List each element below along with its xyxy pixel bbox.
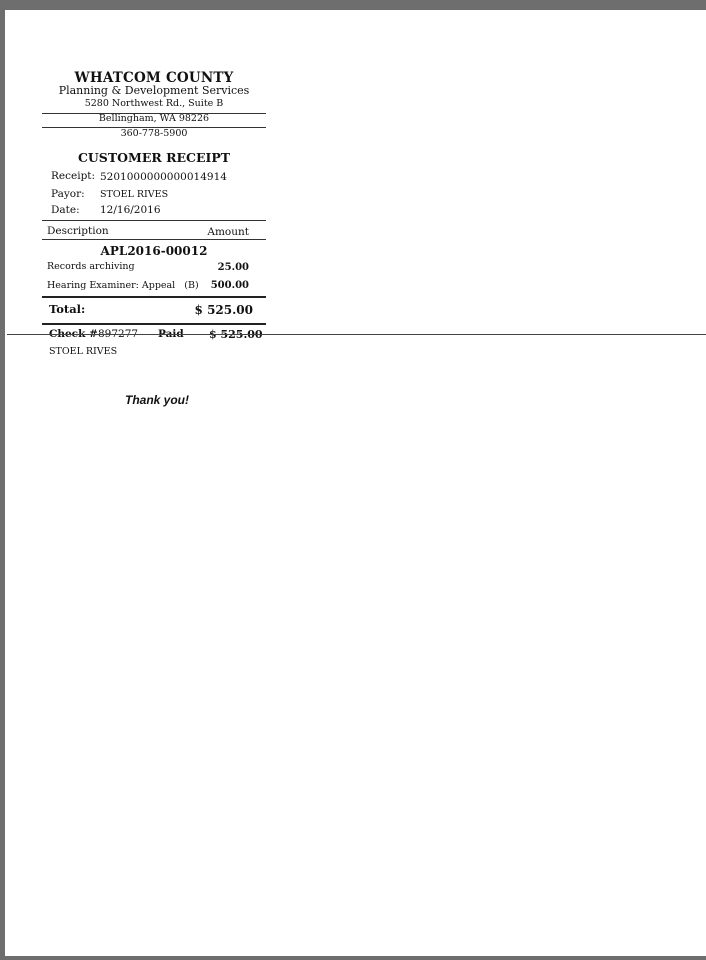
line-item-description: Hearing Examiner: Appeal (B) [47,280,199,291]
receipt-number-label: Receipt: [51,170,95,182]
thank-you-message: Thank you! [125,393,189,407]
document-page: WHATCOM COUNTY Planning & Development Se… [5,10,706,956]
divider [42,220,266,221]
receipt-number-value: 5201000000000014914 [100,171,227,183]
payment-payor: STOEL RIVES [49,346,117,357]
description-column-header: Description [47,225,109,237]
case-number: APL2016-00012 [42,244,266,258]
payor-label: Payor: [51,188,85,200]
strike-line [7,334,706,335]
date-label: Date: [51,204,80,216]
divider [42,239,266,240]
receipt-title: CUSTOMER RECEIPT [42,150,266,165]
phone-number: 360-778-5900 [42,128,266,139]
line-item-amount: 500.00 [211,280,249,291]
divider [42,323,266,325]
total-value: $ 525.00 [195,303,253,317]
line-item-description: Records archiving [47,261,135,272]
total-label: Total: [49,302,85,316]
amount-column-header: Amount [207,226,249,238]
payor-value: STOEL RIVES [100,189,168,200]
address-line-2: Bellingham, WA 98226 [42,113,266,124]
date-value: 12/16/2016 [100,204,161,216]
address-line-1: 5280 Northwest Rd., Suite B [42,98,266,109]
department-name: Planning & Development Services [42,84,266,97]
divider [42,296,266,298]
line-item-amount: 25.00 [218,262,249,273]
